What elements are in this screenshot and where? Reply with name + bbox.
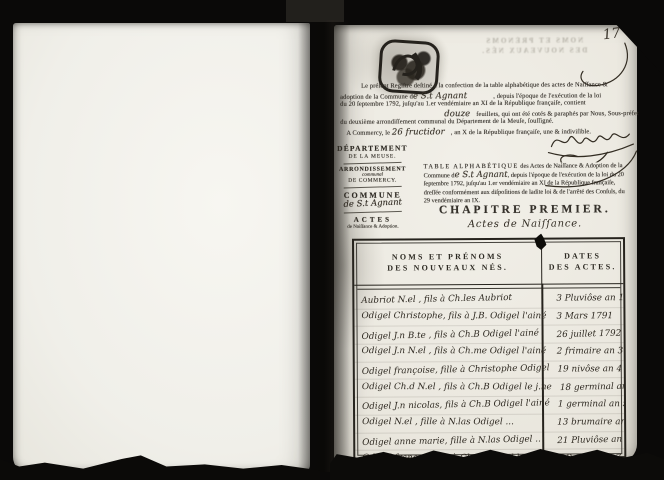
departement-label: DÉPARTEMENT xyxy=(329,143,415,153)
commune-name-handwritten: e S.t Agnant xyxy=(455,170,508,180)
register-rows: Aubriot N.el , fils à Ch.les Aubriot 3 P… xyxy=(354,290,624,458)
divider xyxy=(344,186,402,189)
row-date: 21 Pluviôse an 7 . xyxy=(549,434,624,446)
intro-line-1: Le préſent Regiſtre deſtiné à la confect… xyxy=(361,81,608,90)
right-page-content: NOMS ET PRÉNOMS DES NOUVEAUX NÉS. 17 Le … xyxy=(0,0,664,480)
row-date: 1 germinal an 5 xyxy=(550,400,625,410)
column-header-dates: DATES DES ACTES. xyxy=(542,239,623,283)
row-date: 26 juillet 1792 ... xyxy=(548,328,624,340)
scanned-register-page: NOMS ET PRÉNOMS DES NOUVEAUX NÉS. 17 Le … xyxy=(0,0,664,480)
row-name: Odigel J.n B.te , fils à Ch.B Odigel l'a… xyxy=(354,328,548,342)
divider xyxy=(344,211,402,214)
departement-name: DE LA MEUSE. xyxy=(329,153,415,160)
intro-line-3: du 20 ſeptembre 1792, juſqu'au 1.er vend… xyxy=(340,99,586,107)
row-date: 3 Pluviôse an 10 xyxy=(548,293,624,303)
row-name: Odigel J.n N.el , fils à Ch.me Odigel l'… xyxy=(355,347,549,357)
table-header: NOMS ET PRÉNOMS DES NOUVEAUX NÉS. DATES … xyxy=(354,239,623,286)
table-row: Odigel J.n N.el , fils à Ch.me Odigel l'… xyxy=(355,343,624,362)
table-row: Aubriot N.el , fils à Ch.les Aubriot 3 P… xyxy=(354,290,623,309)
row-date: 19 nivôse an 4 . xyxy=(549,364,624,374)
row-name: Odigel Christophe, fils à J.B. Odigel l'… xyxy=(354,311,548,321)
row-name: Odigel anne marie, fille à N.las Odigel … xyxy=(355,434,549,448)
chapter-subtitle: Actes de Naiſſance. xyxy=(418,218,632,230)
register-table: NOMS ET PRÉNOMS DES NOUVEAUX NÉS. DATES … xyxy=(352,237,626,460)
actes-sub: de Naiſſance & Adoption. xyxy=(330,224,416,230)
commune-value-handwritten: de S.t Agnant xyxy=(330,197,416,211)
stamp-emblem xyxy=(381,42,432,86)
row-date: 18 germinal an 4 . xyxy=(552,381,625,393)
table-row: Odigel J.n nicolas, fils à Ch.B Odigel l… xyxy=(355,396,624,415)
header-double-rule xyxy=(357,287,620,290)
table-row: Odigel N.el , fille à N.las Odigel ... 1… xyxy=(355,414,624,433)
table-row: Odigel Ch.d N.el , fils à Ch.B Odigel le… xyxy=(355,379,624,398)
row-date: 3 Mars 1791 xyxy=(548,311,613,321)
table-alphabetique-note: TABLE ALPHABÉTIQUE des Actes de Naiſſanc… xyxy=(424,162,625,205)
row-name: Aubriot N.el , fils à Ch.les Aubriot xyxy=(354,293,548,307)
table-row: Odigel J.n B.te , fils à Ch.B Odigel l'a… xyxy=(355,326,624,345)
row-name: Odigel françoise, fille à Christophe Odi… xyxy=(355,363,550,377)
table-row: Odigel anne marie, fille à N.las Odigel … xyxy=(355,432,624,451)
intro-line-5: du deuxième arrondiſſement communal du D… xyxy=(340,118,553,126)
divider xyxy=(344,162,402,165)
row-name: Odigel N.el , fille à N.las Odigel ... xyxy=(355,417,549,427)
date-handwritten: 26 fructidor xyxy=(392,127,445,137)
row-date: 2 frimaire an 3 . xyxy=(549,347,625,357)
pen-flourish-icon xyxy=(571,41,633,97)
arrondissement-name: DE COMMERCY. xyxy=(330,177,416,184)
row-name: Odigel Ch.d N.el , fils à Ch.B Odigel le… xyxy=(355,382,552,392)
margin-admin-block: DÉPARTEMENT DE LA MEUSE. ARRONDISSEMENT … xyxy=(329,143,416,230)
row-name: Odigel J.n nicolas, fils à Ch.B Odigel l… xyxy=(355,399,550,413)
actes-label: ACTES xyxy=(330,215,416,224)
table-row: Odigel Christophe, fils à J.B. Odigel l'… xyxy=(354,308,623,327)
chapter-title: CHAPITRE PREMIER. xyxy=(418,203,632,216)
column-header-names: NOMS ET PRÉNOMS DES NOUVEAUX NÉS. xyxy=(354,240,542,285)
row-date: 13 brumaire an 6 ... xyxy=(549,417,624,428)
table-row: Odigel françoise, fille à Christophe Odi… xyxy=(355,361,624,380)
